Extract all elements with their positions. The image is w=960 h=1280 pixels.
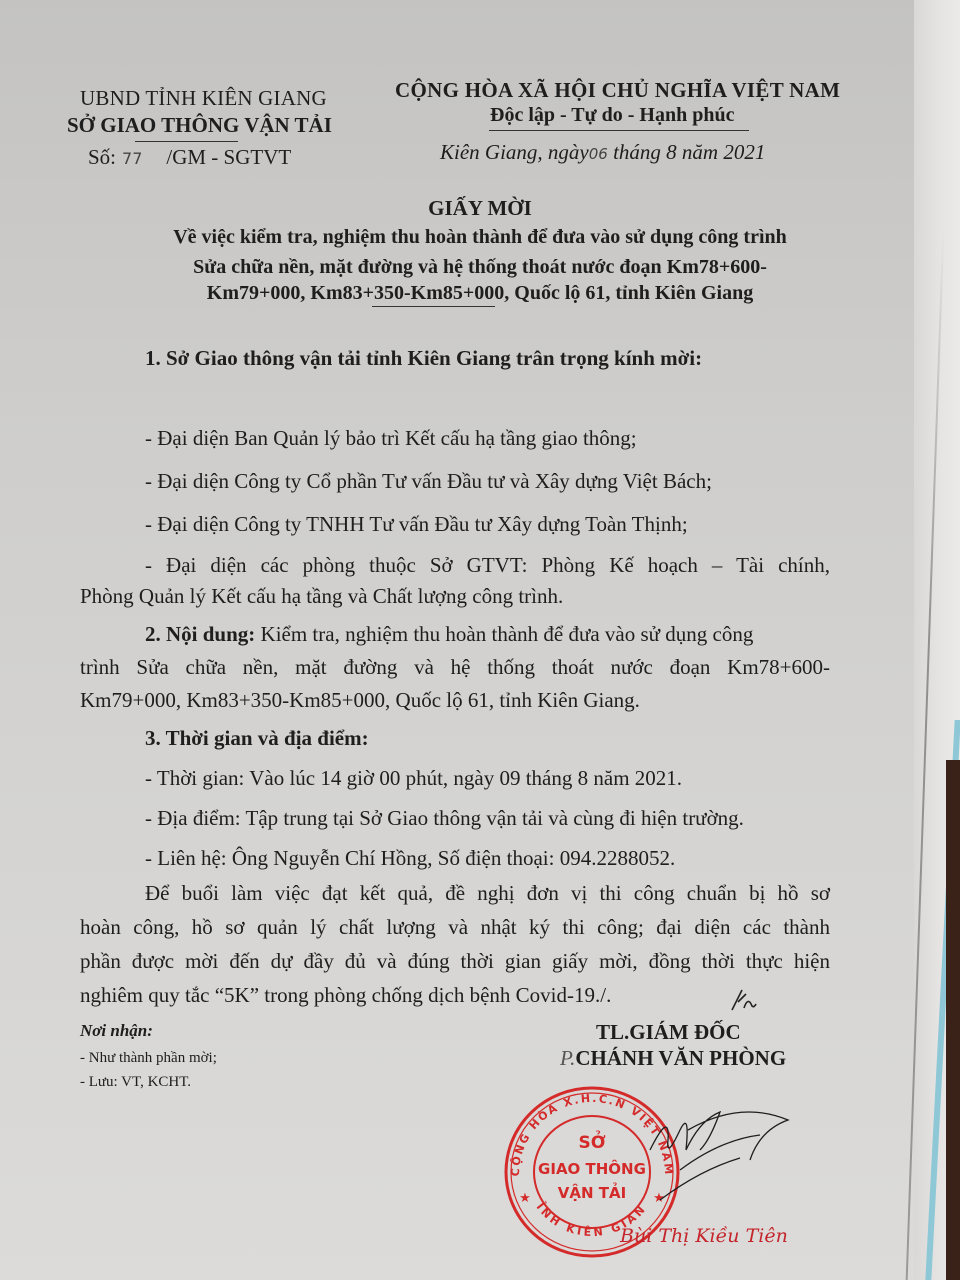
svg-text:GIAO THÔNG: GIAO THÔNG <box>538 1159 646 1178</box>
signature-position: CHÁNH VĂN PHÒNG <box>575 1046 786 1070</box>
nation-title: CỘNG HÒA XÃ HỘI CHỦ NGHĨA VIỆT NAM <box>395 78 840 103</box>
section2-label: 2. Nội dung: <box>145 622 255 646</box>
document-title: GIẤY MỜI <box>0 196 960 221</box>
section3-heading: 3. Thời gian và địa điểm: <box>145 726 369 751</box>
closing-line: nghiêm quy tắc “5K” trong phòng chống dị… <box>80 983 611 1008</box>
svg-text:★: ★ <box>519 1190 531 1205</box>
section2-text: Kiểm tra, nghiệm thu hoàn thành để đưa v… <box>255 622 753 646</box>
svg-text:SỞ: SỞ <box>578 1129 605 1153</box>
dateline: Kiên Giang, ngày06 tháng 8 năm 2021 <box>440 140 765 165</box>
motto-underline <box>489 130 749 131</box>
signature-prefix: P. <box>560 1046 575 1070</box>
invitee-item: - Đại diện Công ty Cổ phần Tư vấn Đầu tư… <box>145 469 712 494</box>
paper-edge <box>914 0 960 1280</box>
section1-heading: 1. Sở Giao thông vận tải tỉnh Kiên Giang… <box>145 346 702 371</box>
invitee-item: - Đại diện Công ty TNHH Tư vấn Đầu tư Xâ… <box>145 512 688 537</box>
doc-number-handwritten: 77 <box>122 149 142 168</box>
subject-line: Km79+000, Km83+350-Km85+000, Quốc lộ 61,… <box>0 282 960 305</box>
recipients-title: Nơi nhận: <box>80 1021 153 1041</box>
background-desk <box>946 760 960 1280</box>
meeting-time: - Thời gian: Vào lúc 14 giờ 00 phút, ngà… <box>145 766 682 791</box>
subject-underline <box>372 306 495 307</box>
document-number: Số:77/GM - SGTVT <box>88 145 291 170</box>
section2-line: trình Sửa chữa nền, mặt đường và hệ thốn… <box>80 655 830 680</box>
agency-underline <box>135 141 238 142</box>
recipient-item: - Lưu: VT, KCHT. <box>80 1074 191 1091</box>
closing-line: hoàn công, hồ sơ quản lý chất lượng và n… <box>80 915 830 940</box>
invitee-item: - Đại diện Ban Quản lý bảo trì Kết cấu h… <box>145 426 637 451</box>
handwritten-initials-icon <box>728 988 758 1012</box>
signature-title: TL.GIÁM ĐỐC <box>596 1020 741 1045</box>
closing-line: Để buổi làm việc đạt kết quả, đề nghị đơ… <box>145 881 830 906</box>
date-suffix: tháng 8 năm 2021 <box>608 140 766 164</box>
signature-subtitle: P.CHÁNH VĂN PHÒNG <box>560 1046 786 1071</box>
date-day-handwritten: 06 <box>589 145 608 163</box>
subject-line: Sửa chữa nền, mặt đường và hệ thống thoá… <box>0 256 960 279</box>
date-prefix: Kiên Giang, ngày <box>440 140 589 164</box>
invitee-item: - Đại diện các phòng thuộc Sở GTVT: Phòn… <box>145 553 830 578</box>
agency-name: SỞ GIAO THÔNG VẬN TẢI <box>67 113 332 138</box>
agency-parent: UBND TỈNH KIÊN GIANG <box>80 86 327 111</box>
subject-line: Về việc kiểm tra, nghiệm thu hoàn thành … <box>0 226 960 249</box>
invitee-item-continuation: Phòng Quản lý Kết cấu hạ tầng và Chất lư… <box>80 584 563 609</box>
meeting-place: - Địa điểm: Tập trung tại Sở Giao thông … <box>145 806 744 831</box>
recipient-item: - Như thành phần mời; <box>80 1050 217 1067</box>
section2-line: Km79+000, Km83+350-Km85+000, Quốc lộ 61,… <box>80 688 640 713</box>
section2-line: 2. Nội dung: Kiểm tra, nghiệm thu hoàn t… <box>145 622 830 647</box>
motto: Độc lập - Tự do - Hạnh phúc <box>490 104 734 127</box>
closing-line: phần được mời đến dự đầy đủ và đúng thời… <box>80 949 830 974</box>
meeting-contact: - Liên hệ: Ông Nguyễn Chí Hồng, Số điện … <box>145 846 675 871</box>
signer-name: Bùi Thị Kiều Tiên <box>620 1225 788 1247</box>
svg-text:VẬN TẢI: VẬN TẢI <box>558 1181 626 1202</box>
handwritten-signature-icon <box>640 1100 790 1210</box>
doc-number-suffix: /GM - SGTVT <box>166 145 291 169</box>
doc-number-label: Số: <box>88 145 116 169</box>
